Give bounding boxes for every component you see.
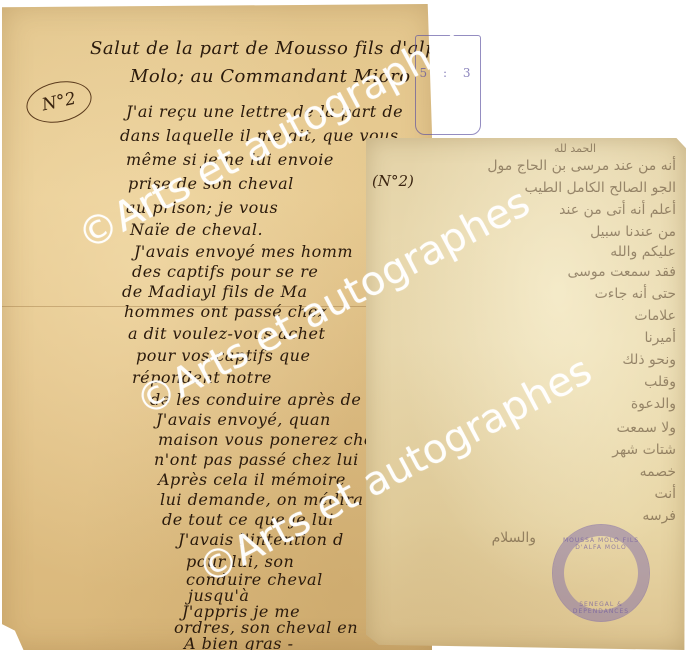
arabic-line: من عندنا سبيل <box>590 224 676 240</box>
letter-body-line: A bien gras - <box>184 634 294 653</box>
arabic-line: الجو الصالح الكامل الطيب <box>524 180 676 196</box>
arabic-line: عليكم والله <box>610 244 676 260</box>
number-mark: N°2 <box>40 89 78 116</box>
letter-body-line: J'avais envoyé mes homm <box>134 242 353 261</box>
arabic-line: شتات شهر <box>612 442 676 458</box>
round-seal: MOUSSA MOLO FILS D'ALFA MOLO SENEGAL & D… <box>552 524 650 622</box>
arabic-line: أنه من عند مرسى بن الحاج مول <box>487 158 676 174</box>
letter-body-line: J'avais envoyé, quan <box>156 410 331 429</box>
arabic-line: والدعوة <box>631 396 676 412</box>
arabic-line: حتى أنه جاءت <box>595 286 676 302</box>
letter-body-line: de Madiayl fils de Ma <box>122 282 308 301</box>
seal-text-bottom: SENEGAL & DEPENDANCES <box>553 601 649 615</box>
arabic-line: أميرنا <box>645 330 677 346</box>
arabic-line: فقد سمعت موسى <box>568 264 676 280</box>
letter-body-line: maison vous ponerez chez <box>158 430 383 449</box>
arabic-line: علامات <box>634 308 676 324</box>
letter-body-line: n'ont pas passé chez lui <box>154 450 359 469</box>
arabic-line: أعلم أنه أتى من عند <box>559 202 676 218</box>
arabic-line: ونحو ذلك <box>622 352 676 368</box>
arabic-line: أنت <box>654 486 676 502</box>
number-mark-circle: N°2 <box>23 76 96 129</box>
arabic-line: خصمه <box>640 464 676 480</box>
arabic-line: والسلام <box>492 530 536 546</box>
arabic-line: فرسه <box>642 508 676 524</box>
arabic-line: وقلب <box>644 374 676 390</box>
arabic-line: ولا سمعت <box>616 420 676 436</box>
arabic-line: الحمد لله <box>554 142 596 155</box>
letter-body-line: des captifs pour se re <box>132 262 318 281</box>
seal-text-top: MOUSSA MOLO FILS D'ALFA MOLO <box>553 537 649 551</box>
arabic-number-mark: (N°2) <box>372 172 414 190</box>
